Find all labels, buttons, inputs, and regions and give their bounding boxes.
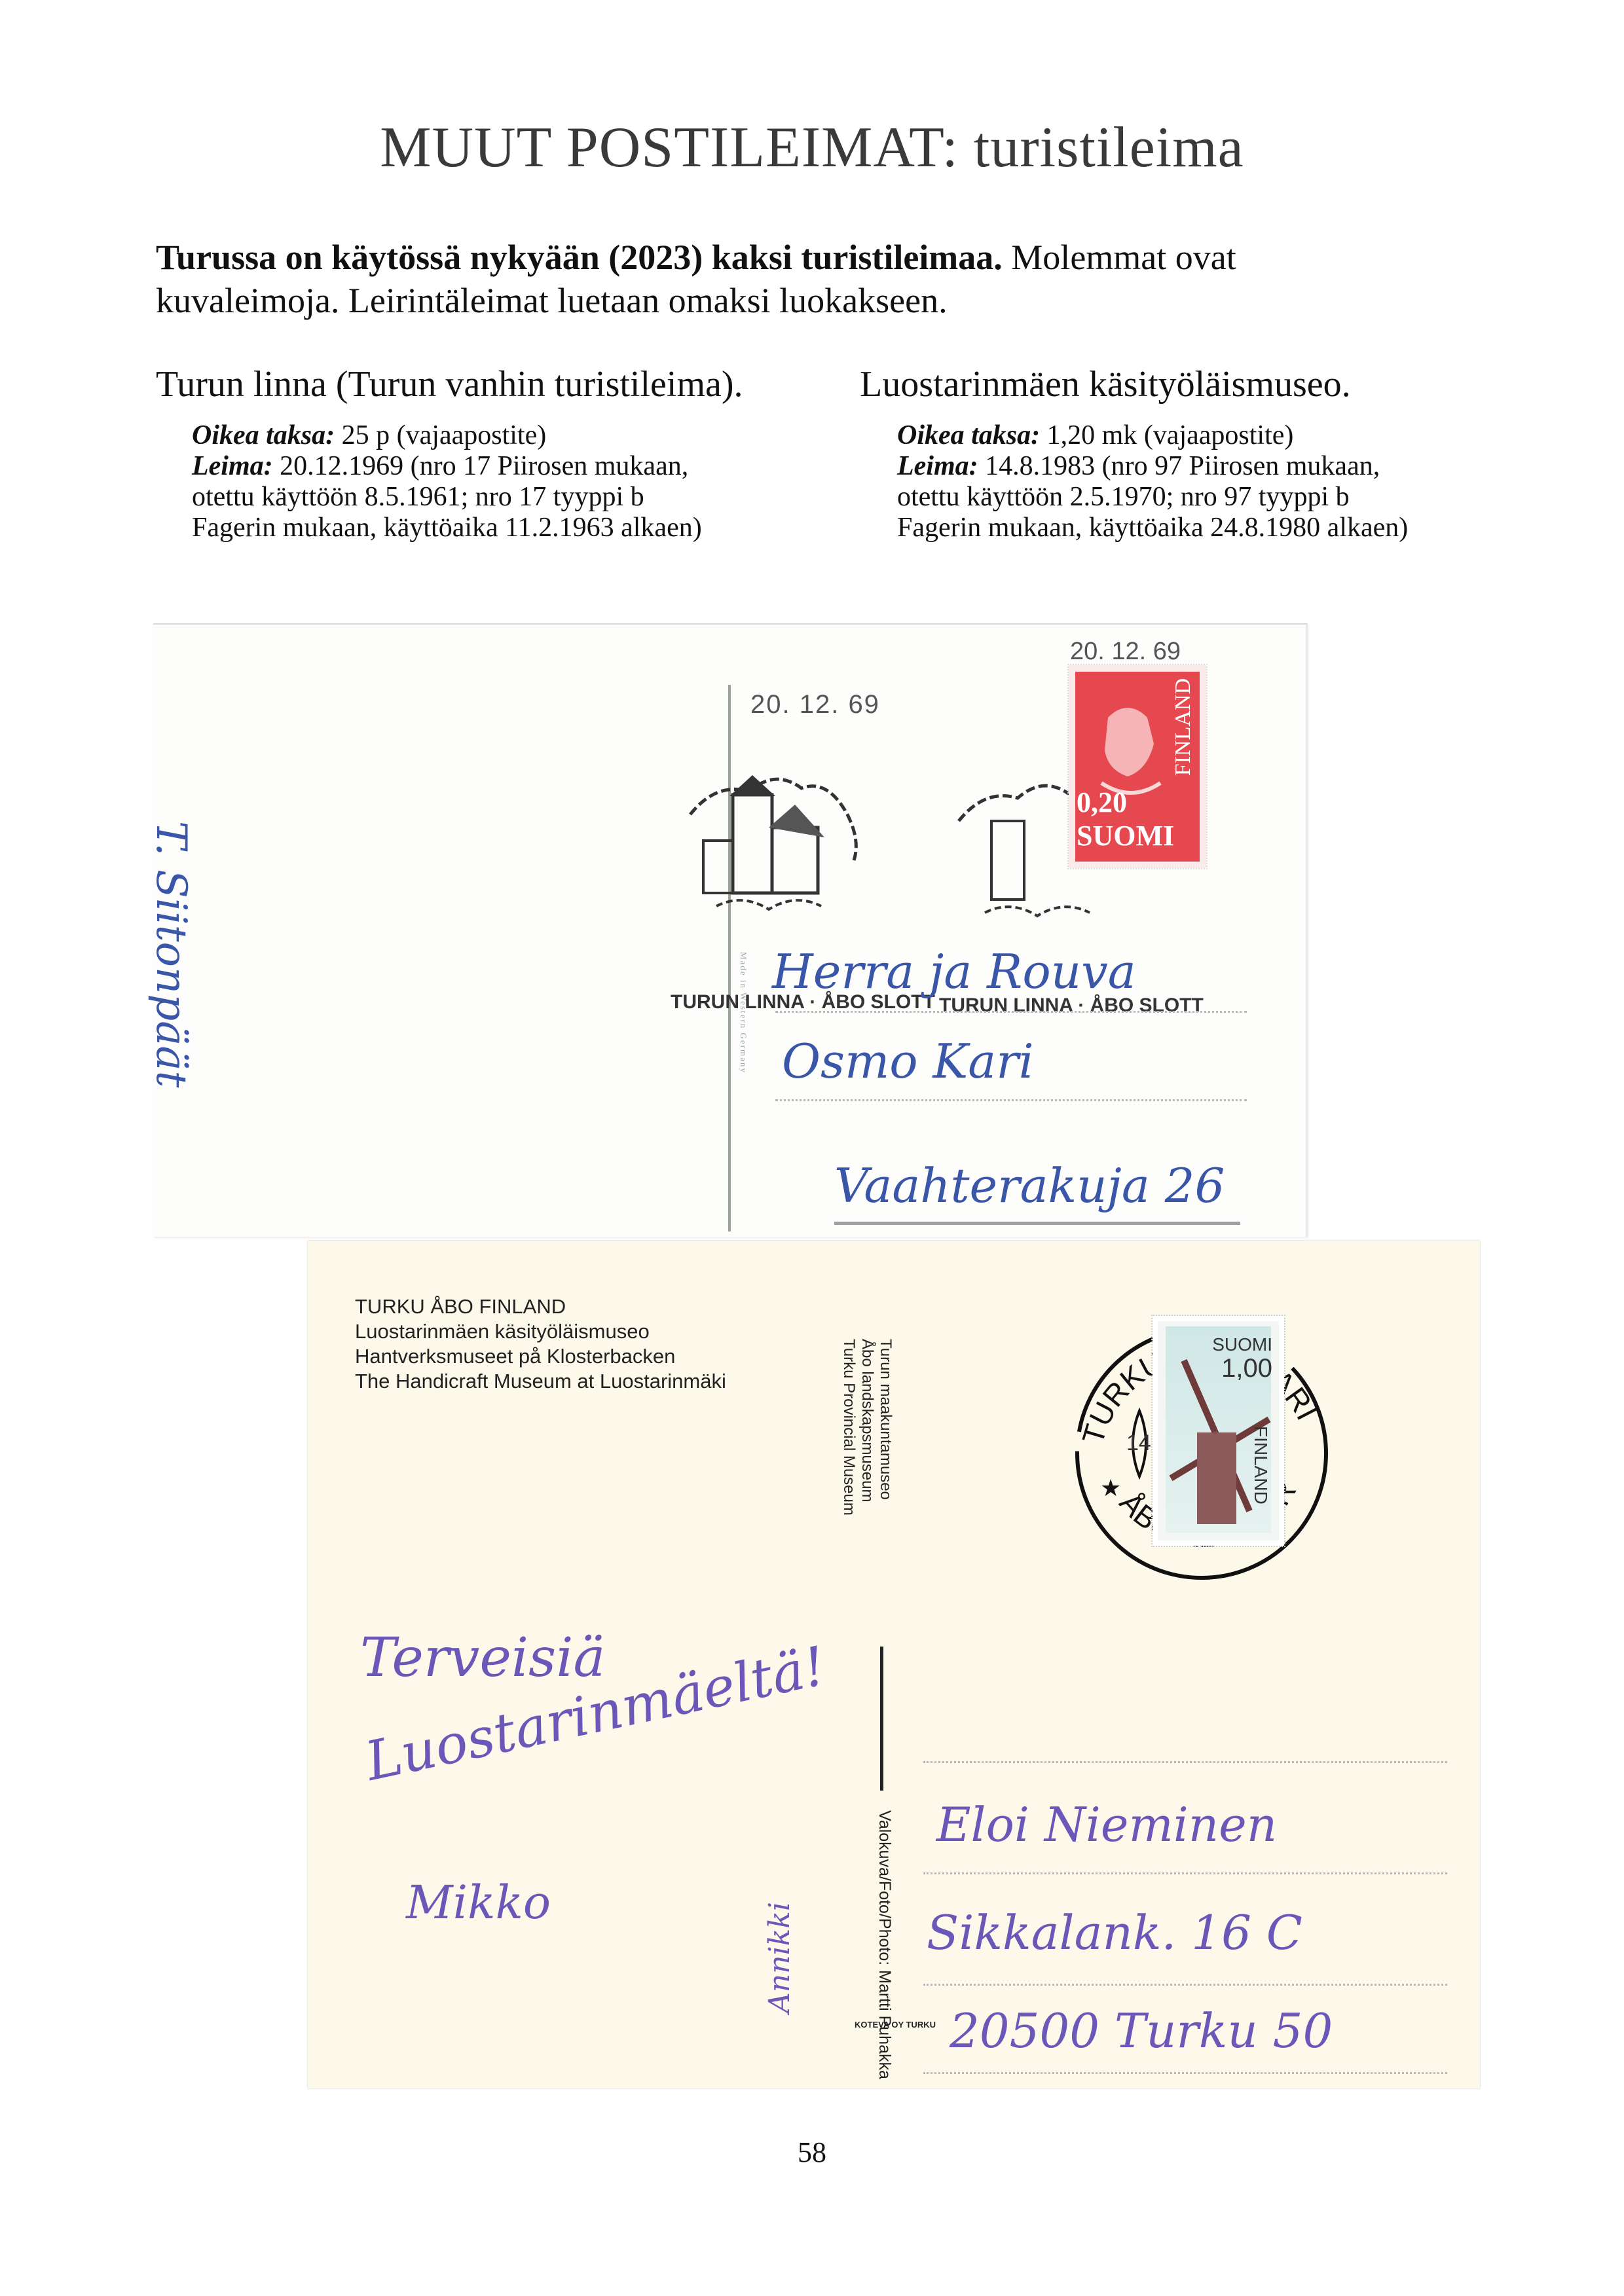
address-line — [923, 2072, 1447, 2074]
intro-bold: Turussa on käytössä nykyään (2023) kaksi… — [156, 238, 1003, 277]
handwritten-address-2: Sikkalank. 16 C — [927, 1905, 1302, 1960]
caption-line: Luostarinmäen käsityöläismuseo — [355, 1319, 726, 1344]
right-description: Oikea taksa: 1,20 mk (vajaapostite) Leim… — [897, 420, 1408, 543]
printer-name: KOTEVA OY TURKU — [855, 2020, 936, 2030]
stamp-country-fi: SUOMI — [1212, 1334, 1272, 1355]
postmark-line: otettu käyttöön 2.5.1970; nro 97 tyyppi … — [897, 482, 1408, 513]
handwritten-side-note: T. Siitonpäät — [147, 821, 195, 1087]
rate-label: Oikea taksa: — [192, 420, 335, 450]
stamp-value: 1,00 — [1221, 1354, 1272, 1383]
postage-stamp-lion: FINLAND 0,20 SUOMI — [1069, 665, 1206, 868]
handwritten-greeting-1: Terveisiä — [360, 1627, 605, 1689]
handwritten-signature-1: Mikko — [406, 1876, 551, 1929]
page-number: 58 — [0, 2136, 1624, 2169]
photo-credit: Valokuva/Foto/Photo: Martti Puhakka — [875, 1810, 894, 2079]
rate-label: Oikea taksa: — [897, 420, 1040, 450]
address-line — [775, 1011, 1247, 1013]
rate-value: 1,20 mk (vajaapostite) — [1040, 420, 1293, 450]
address-divider — [880, 1647, 883, 1791]
handwritten-address-3: 20500 Turku 50 — [950, 2003, 1333, 2058]
stamp-country-en: FINLAND — [1250, 1426, 1271, 1504]
handwritten-address-1: Eloi Nieminen — [936, 1797, 1277, 1852]
castle-postmark-icon — [664, 742, 874, 952]
address-line — [923, 1872, 1447, 1874]
handwritten-address-2: Osmo Kari — [782, 1034, 1034, 1089]
left-description: Oikea taksa: 25 p (vajaapostite) Leima: … — [192, 420, 702, 543]
postmark-line: 20.12.1969 (nro 17 Piirosen mukaan, — [273, 451, 689, 481]
intro-paragraph: Turussa on käytössä nykyään (2023) kaksi… — [156, 236, 1400, 322]
postmark-line: Fagerin mukaan, käyttöaika 11.2.1963 alk… — [192, 513, 702, 543]
postage-stamp-windmill: SUOMI 1,00 FINLAND — [1153, 1316, 1284, 1546]
machine-date-stamp: 20. 12. 69 — [750, 690, 880, 720]
postmark-line: 14.8.1983 (nro 97 Piirosen mukaan, — [978, 451, 1380, 481]
stamp-country: FINLAND — [1171, 678, 1196, 776]
left-column-heading: Turun linna (Turun vanhin turistileima). — [156, 363, 743, 405]
rate-value: 25 p (vajaapostite) — [335, 420, 546, 450]
handwritten-signature-2: Annikki — [763, 1902, 796, 2013]
handwritten-address-3: Vaahterakuja 26 — [834, 1158, 1225, 1213]
caption-line: The Handicraft Museum at Luostarinmäki — [355, 1369, 726, 1394]
postcard-turun-linna: Made in Western Germany 20. 12. 69 TURUN… — [153, 623, 1308, 1237]
stamp-cancel-date: 20. 12. 69 — [1070, 638, 1181, 666]
postcard-luostarinmaki: TURKU ÅBO FINLAND Luostarinmäen käsityöl… — [308, 1241, 1480, 2088]
postmark-line: otettu käyttöön 8.5.1961; nro 17 tyyppi … — [192, 482, 702, 513]
address-line — [775, 1099, 1247, 1101]
address-line — [834, 1222, 1240, 1225]
address-line — [923, 1984, 1447, 1986]
stamp-value: 0,20 SUOMI — [1077, 786, 1200, 852]
caption-line: Hantverksmuseet på Klosterbacken — [355, 1344, 726, 1369]
caption-line: TURKU ÅBO FINLAND — [355, 1294, 726, 1319]
page-title: MUUT POSTILEIMAT: turistileima — [0, 115, 1624, 181]
publisher-text: Turun maakuntamuseo Åbo landskapsmuseum … — [840, 1339, 895, 1516]
address-line — [923, 1761, 1447, 1763]
handwritten-address-1: Herra ja Rouva — [772, 944, 1136, 999]
right-column-heading: Luostarinmäen käsityöläismuseo. — [860, 363, 1351, 405]
museum-caption: TURKU ÅBO FINLAND Luostarinmäen käsityöl… — [355, 1294, 726, 1394]
postmark-label: Leima: — [192, 451, 273, 481]
svg-text:★: ★ — [1100, 1475, 1121, 1502]
postmark-line: Fagerin mukaan, käyttöaika 24.8.1980 alk… — [897, 513, 1408, 543]
postmark-label: Leima: — [897, 451, 978, 481]
